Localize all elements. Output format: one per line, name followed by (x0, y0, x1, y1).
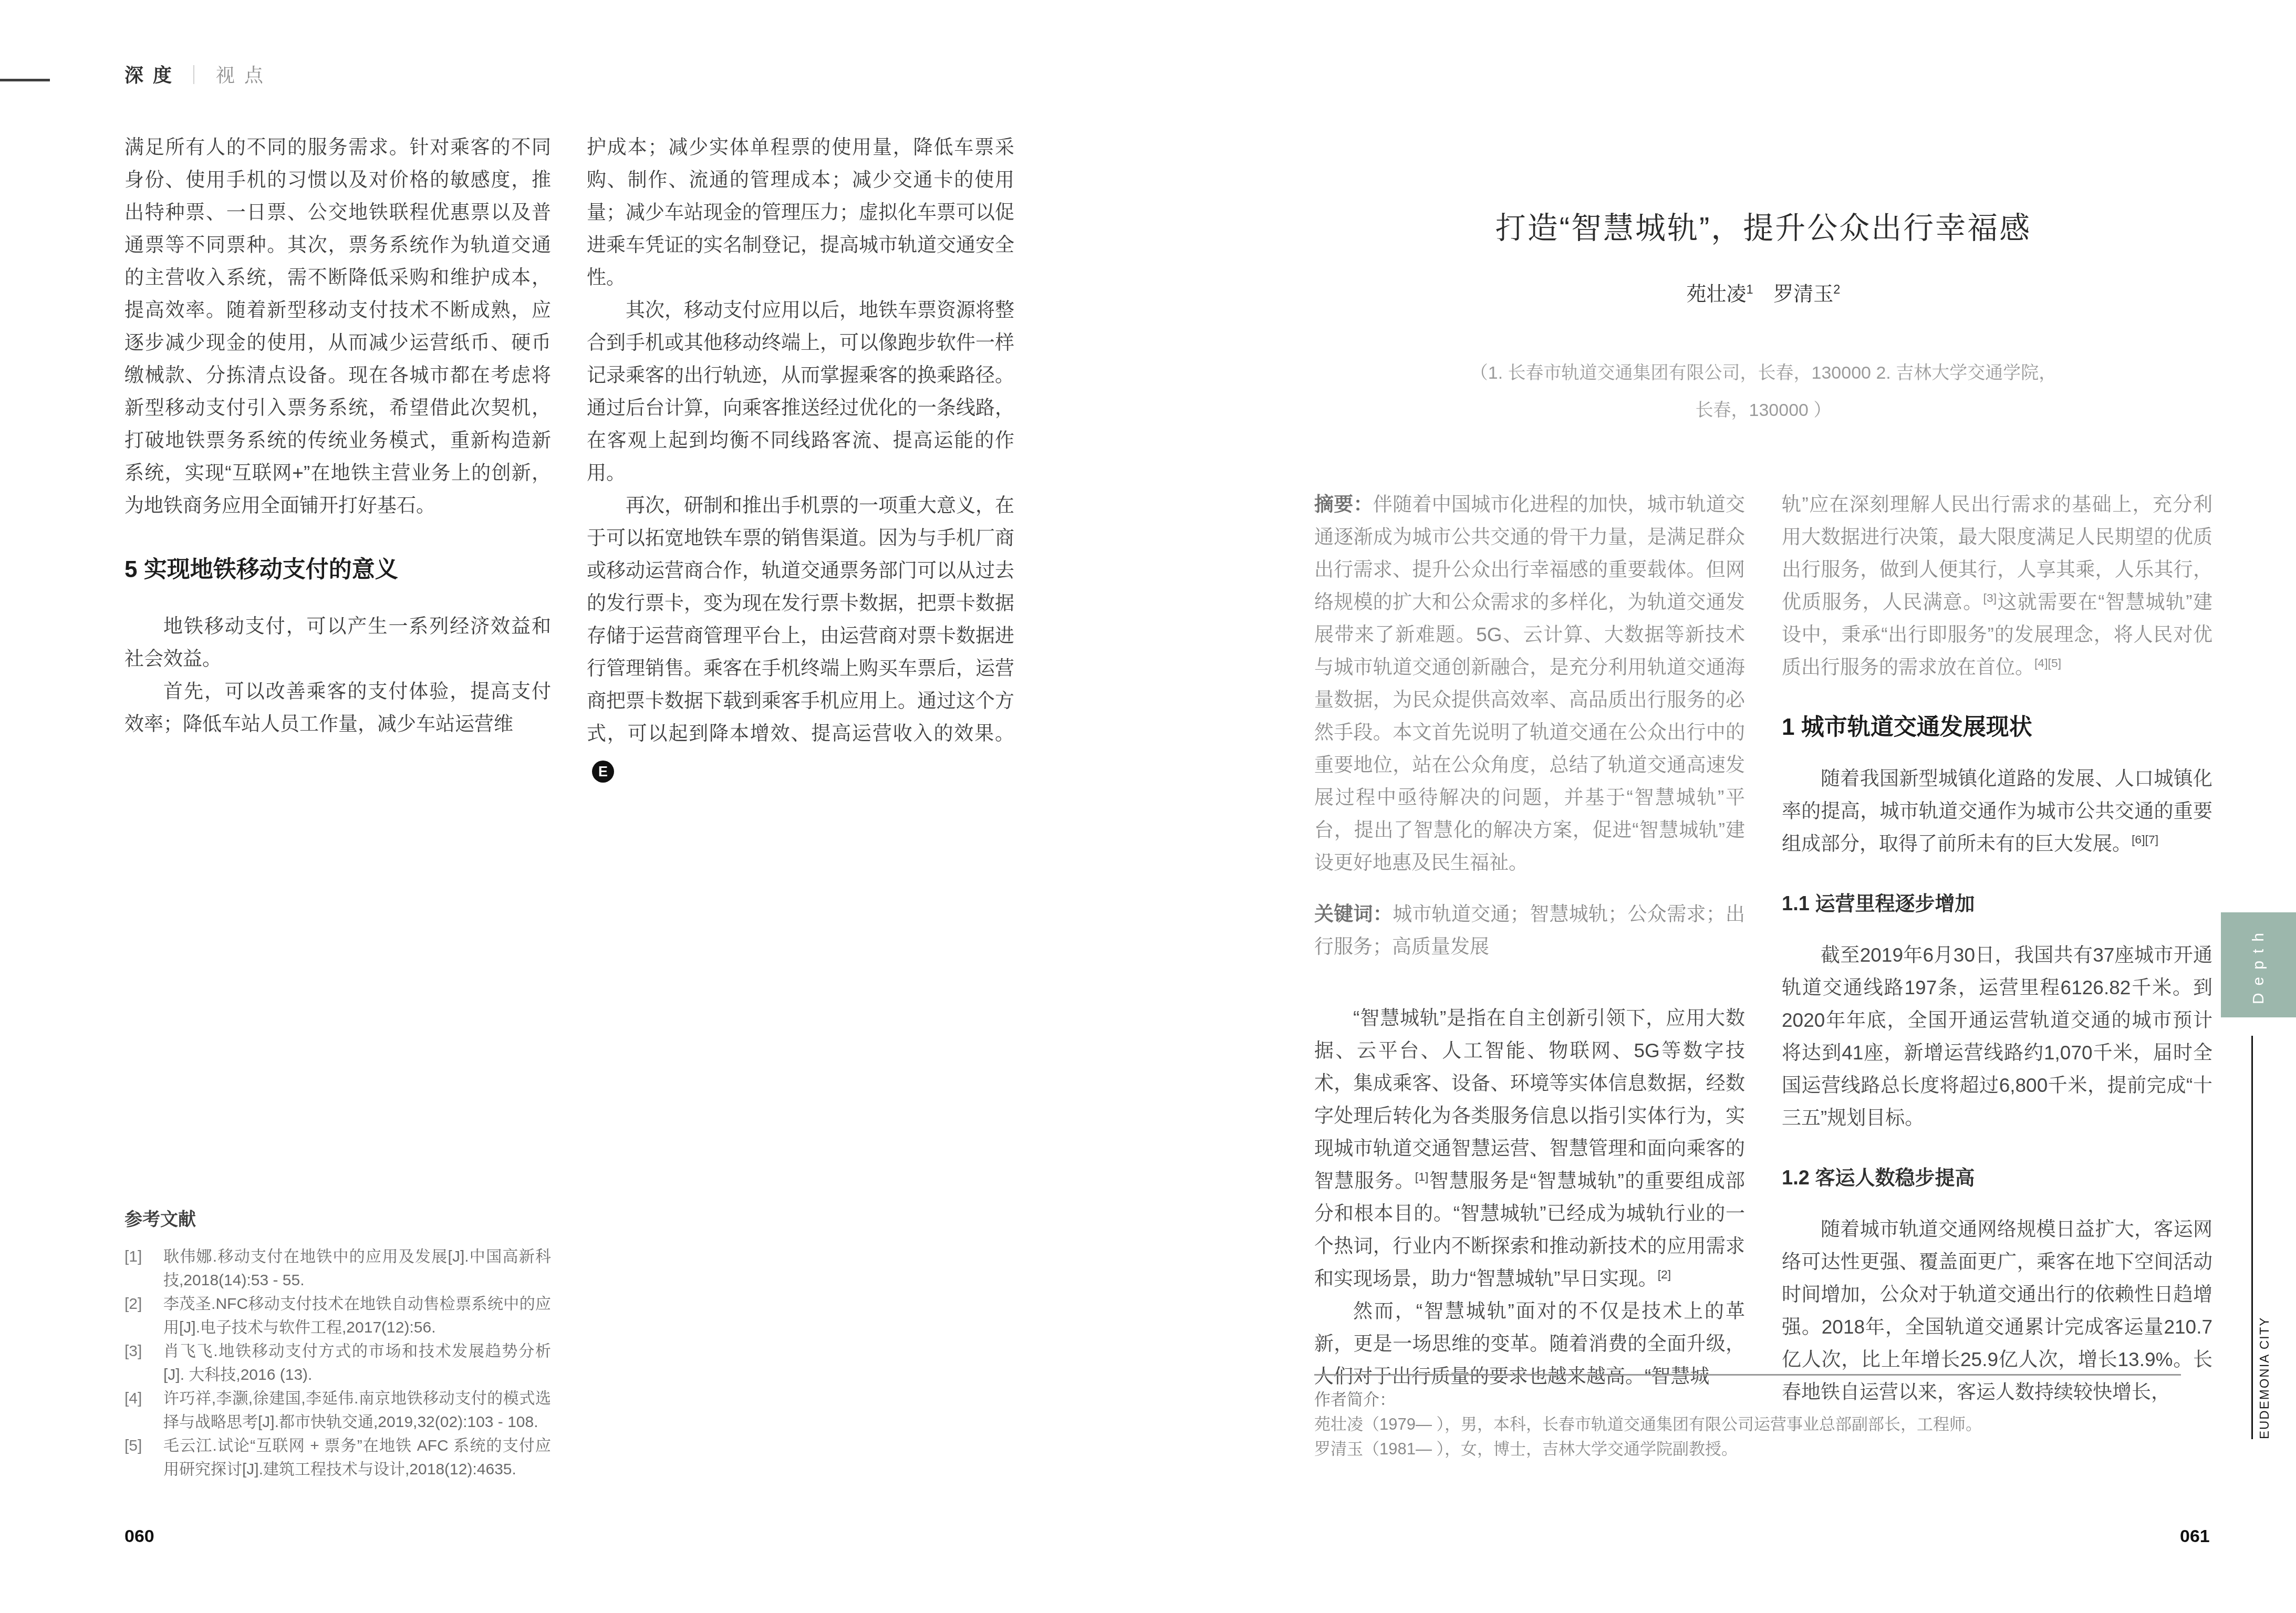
reference-item: [4] 许巧祥,李灏,徐建国,李延伟.南京地铁移动支付的模式选择与战略思考[J]… (124, 1387, 551, 1434)
affiliation: （1. 长春市轨道交通集团有限公司，长春，130000 2. 吉林大学交通学院，… (1314, 355, 2212, 429)
body-paragraph: 首先，可以改善乘客的支付体验，提高支付效率；降低车站人员工作量，减少车站运营维 (124, 675, 551, 741)
subsection-heading-1-1: 1.1 运营里程逐步增加 (1782, 888, 2212, 920)
body-paragraph: 再次，研制和推出手机票的一项重大意义，在于可以拓宽地铁车票的销售渠道。因为与手机… (587, 490, 1014, 783)
journal-name-vertical: EUDEMONIA CITY (2258, 1316, 2272, 1439)
reference-text: 毛云江.试论“互联网 + 票务”在地铁 AFC 系统的支付应用研究探讨[J].建… (163, 1434, 551, 1481)
reference-number: [1] (124, 1245, 163, 1292)
reference-text: 肖飞飞.地铁移动支付方式的市场和技术发展趋势分析[J]. 大科技,2016 (1… (163, 1339, 551, 1387)
page-number-right: 061 (2180, 1526, 2210, 1547)
body-paragraph: 其次，移动支付应用以后，地铁车票资源将整合到手机或其他移动终端上，可以像跑步软件… (587, 294, 1014, 490)
keywords: 关键词：城市轨道交通；智慧城轨；公众需求；出行服务；高质量发展 (1314, 898, 1745, 963)
author-affiliation-mark: 2 (1833, 283, 1840, 296)
affiliation-line: （1. 长春市轨道交通集团有限公司，长春，130000 2. 吉林大学交通学院， (1314, 355, 2212, 392)
left-page-column-1: 满足所有人的不同的服务需求。针对乘客的不同身份、使用手机的习惯以及对价格的敏感度… (124, 131, 551, 741)
body-paragraph-text: 再次，研制和推出手机票的一项重大意义，在于可以拓宽地铁车票的销售渠道。因为与手机… (587, 495, 1014, 744)
reference-number: [2] (124, 1292, 163, 1339)
author-bio: 作者简介： 苑壮凌（1979— ），男，本科，长春市轨道交通集团有限公司运营事业… (1314, 1374, 2181, 1461)
article-title: 打造“智慧城轨”，提升公众出行幸福感 (1314, 210, 2212, 247)
journal-spread: 深度｜视点 满足所有人的不同的服务需求。针对乘客的不同身份、使用手机的习惯以及对… (0, 0, 2296, 1613)
affiliation-line: 长春，130000 ） (1314, 392, 2212, 429)
body-paragraph: 随着我国新型城镇化道路的发展、人口城镇化率的提高，城市轨道交通作为城市公共交通的… (1782, 763, 2212, 860)
left-page-header: 深度｜视点 (124, 61, 273, 88)
depth-section-tab: Depth (2221, 912, 2296, 1017)
abstract: 摘要：伴随着中国城市化进程的加快，城市轨道交通逐渐成为城市公共交通的骨干力量，是… (1314, 488, 1745, 879)
body-paragraph: 截至2019年6月30日，我国共有37座城市开通轨道交通线路197条，运营里程6… (1782, 939, 2212, 1135)
body-paragraph: “智慧城轨”是指在自主创新引领下，应用大数据、云平台、人工智能、物联网、5G等数… (1314, 1002, 1745, 1295)
abstract-text: 伴随着中国城市化进程的加快，城市轨道交通逐渐成为城市公共交通的骨干力量，是满足群… (1314, 494, 1745, 873)
section-label: 深度 (124, 65, 181, 86)
references-heading: 参考文献 (124, 1208, 551, 1231)
page-number-left: 060 (124, 1526, 154, 1547)
reference-text: 许巧祥,李灏,徐建国,李延伟.南京地铁移动支付的模式选择与战略思考[J].都市快… (163, 1387, 551, 1434)
keywords-label: 关键词： (1314, 903, 1393, 925)
abstract-continuation: 轨”应在深刻理解人民出行需求的基础上，充分利用大数据进行决策，最大限度满足人民期… (1782, 488, 2212, 684)
reference-item: [2] 李茂圣.NFC移动支付技术在地铁自动售检票系统中的应用[J].电子技术与… (124, 1292, 551, 1339)
reference-item: [3] 肖飞飞.地铁移动支付方式的市场和技术发展趋势分析[J]. 大科技,201… (124, 1339, 551, 1387)
reference-number: [4] (124, 1387, 163, 1434)
article-header: 打造“智慧城轨”，提升公众出行幸福感 苑壮凌1 罗清玉2 （1. 长春市轨道交通… (1314, 210, 2212, 429)
reference-number: [3] (124, 1339, 163, 1387)
section-heading-1: 1 城市轨道交通发展现状 (1782, 711, 2212, 744)
reference-item: [1] 耿伟娜.移动支付在地铁中的应用及发展[J].中国高新科技,2018(14… (124, 1245, 551, 1292)
subsection-heading-1-2: 1.2 客运人数稳步提高 (1782, 1162, 2212, 1194)
author-line: 苑壮凌1 罗清玉2 (1314, 277, 2212, 306)
body-paragraph: 护成本；减少实体单程票的使用量，降低车票采购、制作、流通的管理成本；减少交通卡的… (587, 131, 1014, 294)
author-bio-line: 罗清玉（1981— ），女，博士，吉林大学交通学院副教授。 (1314, 1437, 2181, 1461)
reference-number: [5] (124, 1434, 163, 1481)
author-name: 罗清玉2 (1773, 283, 1840, 305)
right-page-column-1: 摘要：伴随着中国城市化进程的加快，城市轨道交通逐渐成为城市公共交通的骨干力量，是… (1314, 488, 1745, 1393)
body-paragraph: 地铁移动支付，可以产生一系列经济效益和社会效益。 (124, 610, 551, 675)
left-page-column-2: 护成本；减少实体单程票的使用量，降低车票采购、制作、流通的管理成本；减少交通卡的… (587, 131, 1014, 783)
margin-vertical-rule (2251, 1036, 2253, 1439)
right-page-column-2: 轨”应在深刻理解人民出行需求的基础上，充分利用大数据进行决策，最大限度满足人民期… (1782, 488, 2212, 1409)
author-bio-label: 作者简介： (1314, 1387, 2181, 1412)
reference-item: [5] 毛云江.试论“互联网 + 票务”在地铁 AFC 系统的支付应用研究探讨[… (124, 1434, 551, 1481)
author-bio-line: 苑壮凌（1979— ），男，本科，长春市轨道交通集团有限公司运营事业总部副部长，… (1314, 1412, 2181, 1437)
end-of-article-icon: E (592, 761, 614, 783)
header-separator: ｜ (181, 65, 216, 86)
depth-tab-label: Depth (2250, 925, 2268, 1004)
header-rule (0, 79, 50, 81)
author-affiliation-mark: 1 (1747, 283, 1753, 296)
abstract-label: 摘要： (1314, 494, 1373, 515)
references-section: 参考文献 [1] 耿伟娜.移动支付在地铁中的应用及发展[J].中国高新科技,20… (124, 1208, 551, 1481)
subsection-label: 视点 (216, 65, 273, 86)
author-name: 苑壮凌1 (1687, 283, 1753, 305)
body-paragraph: 满足所有人的不同的服务需求。针对乘客的不同身份、使用手机的习惯以及对价格的敏感度… (124, 131, 551, 522)
section-heading-5: 5 实现地铁移动支付的意义 (124, 554, 551, 586)
reference-text: 李茂圣.NFC移动支付技术在地铁自动售检票系统中的应用[J].电子技术与软件工程… (163, 1292, 551, 1339)
reference-text: 耿伟娜.移动支付在地铁中的应用及发展[J].中国高新科技,2018(14):53… (163, 1245, 551, 1292)
